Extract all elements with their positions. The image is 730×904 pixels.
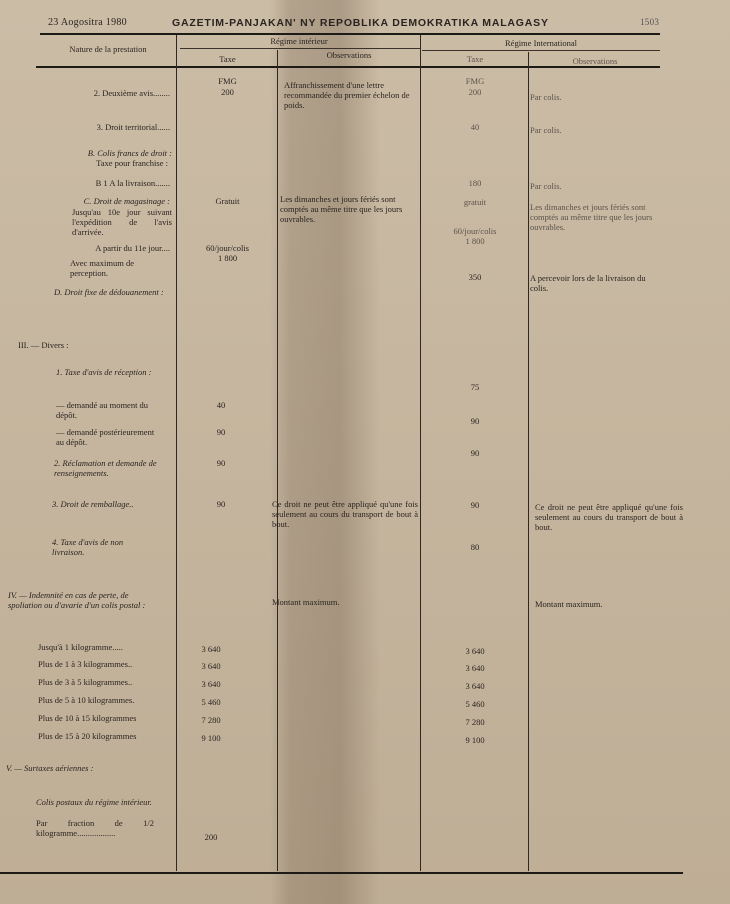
- row-nature: Plus de 5 à 10 kilogrammes.: [38, 695, 162, 705]
- row-observations-interieur: Affranchissement d'une lettre recommandé…: [284, 80, 416, 110]
- row-nature: A partir du 11e jour....: [40, 243, 170, 253]
- row-taxe-international: 200: [422, 87, 528, 97]
- currency-international: FMG: [422, 76, 528, 86]
- row-taxe-interieur-max: 1 800: [178, 253, 277, 263]
- row-nature: 4. Taxe d'avis de non livraison.: [52, 537, 156, 557]
- row-taxe-interieur: 9 100: [178, 733, 244, 743]
- row-nature: Jusqu'à 1 kilogramme.....: [38, 642, 158, 652]
- row-taxe-international: 90: [422, 416, 528, 426]
- row-taxe-international: 350: [422, 272, 528, 282]
- row-taxe-international: 75: [422, 382, 528, 392]
- row-taxe-international-max: 1 800: [422, 236, 528, 246]
- row-taxe-international: 3 640: [440, 681, 510, 691]
- row-nature: 3. Droit territorial......: [40, 122, 170, 132]
- row-taxe-international: 80: [422, 542, 528, 552]
- header-bottom-rule: [36, 66, 660, 68]
- row-nature: Plus de 15 à 20 kilogrammes: [38, 731, 168, 741]
- row-nature: Colis postaux du régime intérieur.: [36, 797, 154, 807]
- row-taxe-interieur: 200: [178, 832, 244, 842]
- row-taxe-international: 90: [422, 448, 528, 458]
- row-nature: B 1 A la livraison.......: [40, 178, 170, 188]
- row-nature: 3. Droit de remballage..: [52, 499, 162, 509]
- row-observations-interieur: Montant maximum.: [272, 597, 412, 607]
- regime-subheader-rule-right: [422, 50, 660, 51]
- row-nature-sub: Avec maximum de perception.: [70, 258, 170, 278]
- row-nature: C. Droit de magasinage :: [40, 196, 170, 206]
- row-nature-sub: Par fraction de 1/2 kilogramme..........…: [36, 818, 154, 838]
- header-observations-international: Observations: [530, 56, 660, 66]
- row-nature: D. Droit fixe de dédouanement :: [54, 287, 170, 297]
- row-observations-international: Ce droit ne peut être appliqué qu'une fo…: [535, 502, 683, 532]
- gazette-title: GAZETIM-PANJAKAN' NY REPOBLIKA DEMOKRATI…: [172, 17, 549, 29]
- row-nature: Plus de 10 à 15 kilogrammes: [38, 713, 168, 723]
- column-divider-4: [528, 52, 529, 871]
- row-taxe-international: 60/jour/colis: [422, 226, 528, 236]
- row-nature: Plus de 3 à 5 kilogrammes..: [38, 677, 158, 687]
- section-heading: V. — Surtaxes aériennes :: [6, 763, 156, 773]
- row-taxe-interieur: 90: [178, 458, 264, 468]
- row-observations-international: Par colis.: [530, 181, 655, 191]
- header-taxe-international: Taxe: [422, 54, 528, 64]
- row-observations-international: Par colis.: [530, 92, 655, 102]
- header-regime-international: Régime International: [422, 38, 660, 48]
- currency-interieur: FMG: [178, 76, 277, 86]
- document-page: 23 Aogositra 1980 GAZETIM-PANJAKAN' NY R…: [0, 0, 730, 904]
- section-heading: III. — Divers :: [18, 340, 168, 350]
- row-nature: B. Colis francs de droit :: [40, 148, 172, 158]
- header-taxe-interieur: Taxe: [178, 54, 277, 64]
- row-nature-sub: Taxe pour franchise :: [40, 158, 168, 168]
- row-observations-interieur: Ce droit ne peut être appliqué qu'une fo…: [272, 499, 418, 529]
- row-observations-international: A percevoir lors de la livraison du coli…: [530, 273, 660, 293]
- row-observations-international: Par colis.: [530, 125, 655, 135]
- row-observations-interieur: Les dimanches et jours fériés sont compt…: [280, 194, 418, 224]
- row-taxe-international: 3 640: [440, 646, 510, 656]
- row-taxe-international: 90: [422, 500, 528, 510]
- row-observations-international: Les dimanches et jours fériés sont compt…: [530, 202, 670, 232]
- row-taxe-interieur: 7 280: [178, 715, 244, 725]
- section-heading: IV. — Indemnité en cas de perte, de spol…: [8, 590, 158, 610]
- row-taxe-international: 7 280: [440, 717, 510, 727]
- row-taxe-international: 40: [422, 122, 528, 132]
- regime-subheader-rule-left: [180, 48, 420, 49]
- row-nature: — demandé au moment du dépôt.: [56, 400, 160, 420]
- row-taxe-interieur: 5 460: [178, 697, 244, 707]
- table-bottom-rule: [0, 872, 683, 874]
- row-nature: Plus de 1 à 3 kilogrammes..: [38, 659, 158, 669]
- row-taxe-international: 5 460: [440, 699, 510, 709]
- page-number: 1503: [640, 17, 659, 27]
- row-taxe-interieur: 3 640: [178, 661, 244, 671]
- row-taxe-international: 9 100: [440, 735, 510, 745]
- header-nature: Nature de la prestation: [40, 44, 176, 54]
- column-divider-2: [277, 50, 278, 871]
- publication-date: 23 Aogositra 1980: [48, 17, 127, 28]
- row-taxe-interieur: 40: [178, 400, 264, 410]
- row-taxe-interieur: 90: [178, 427, 264, 437]
- section-heading-text: IV. — Indemnité en cas de perte, de spol…: [8, 590, 145, 610]
- column-divider-3: [420, 35, 421, 871]
- row-nature: 2. Réclamation et demande de renseigneme…: [54, 458, 158, 478]
- row-taxe-interieur: 3 640: [178, 679, 244, 689]
- row-nature: 2. Deuxième avis........: [40, 88, 170, 98]
- row-taxe-international: gratuit: [422, 197, 528, 207]
- row-taxe-interieur: 90: [178, 499, 264, 509]
- column-divider-1: [176, 35, 177, 871]
- row-nature: 1. Taxe d'avis de réception :: [56, 367, 168, 377]
- row-taxe-interieur: 60/jour/colis: [178, 243, 277, 253]
- row-taxe-interieur: 3 640: [178, 644, 244, 654]
- row-nature: — demandé postérieurement au dépôt.: [56, 427, 160, 447]
- row-observations-international: Montant maximum.: [535, 599, 675, 609]
- row-taxe-international: 3 640: [440, 663, 510, 673]
- row-nature-sub: Jusqu'au 10e jour suivant l'expédition d…: [72, 207, 172, 237]
- header-regime-interieur: Régime intérieur: [178, 36, 420, 46]
- row-taxe-interieur: Gratuit: [178, 196, 277, 206]
- header-observations-interieur: Observations: [278, 50, 420, 60]
- row-taxe-international: 180: [422, 178, 528, 188]
- row-taxe-interieur: 200: [178, 87, 277, 97]
- table-top-rule: [40, 33, 660, 35]
